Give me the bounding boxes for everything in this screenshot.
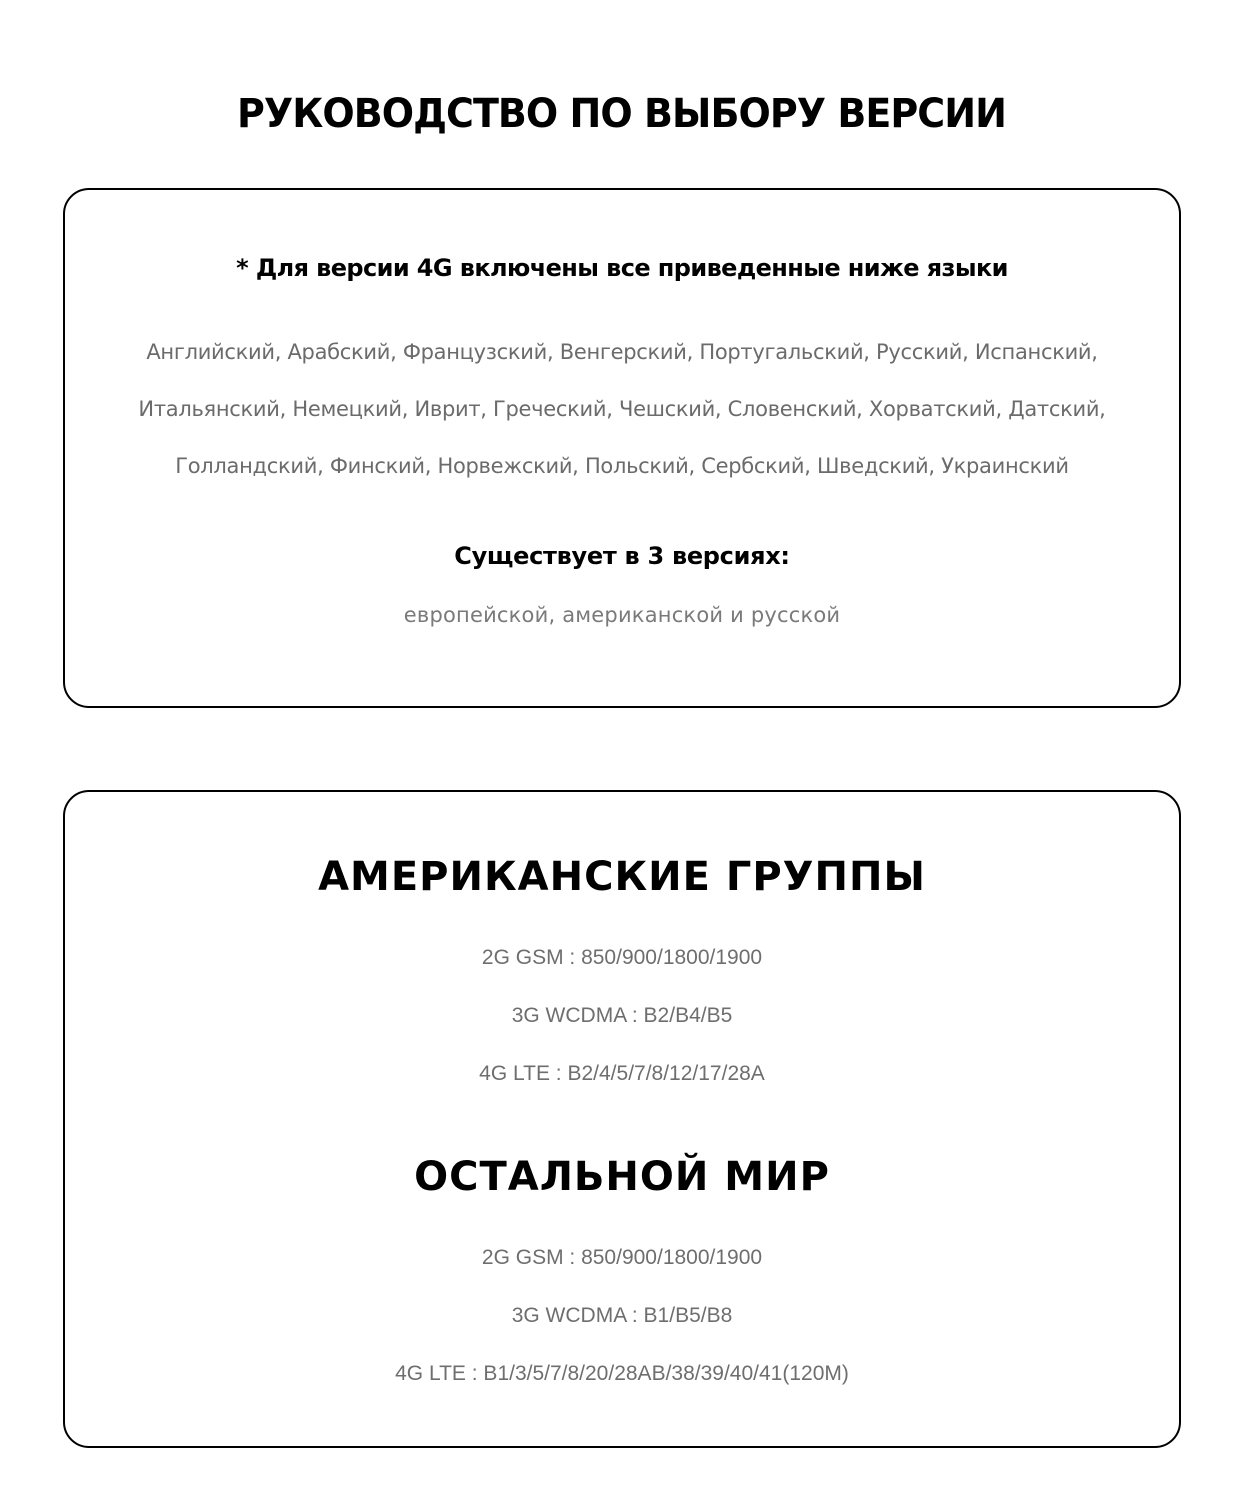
page-title: РУКОВОДСТВО ПО ВЫБОРУ ВЕРСИИ xyxy=(31,86,1212,142)
versions-heading: Существует в 3 версиях: xyxy=(65,542,1179,570)
language-list-line: Итальянский, Немецкий, Иврит, Греческий,… xyxy=(65,397,1179,421)
american-band-line-2g: 2G GSM : 850/900/1800/1900 xyxy=(65,946,1179,970)
american-band-line-3g: 3G WCDMA : B2/B4/B5 xyxy=(65,1004,1179,1028)
world-band-line-2g: 2G GSM : 850/900/1800/1900 xyxy=(65,1246,1179,1270)
world-band-line-4g: 4G LTE : B1/3/5/7/8/20/28AB/38/39/40/41(… xyxy=(65,1362,1179,1386)
language-list-line: Английский, Арабский, Французский, Венге… xyxy=(65,340,1179,364)
american-band-line-4g: 4G LTE : B2/4/5/7/8/12/17/28A xyxy=(65,1062,1179,1086)
language-list-line: Голландский, Финский, Норвежский, Польск… xyxy=(65,454,1179,478)
versions-text: европейской, американской и русской xyxy=(65,603,1179,627)
world-band-line-3g: 3G WCDMA : B1/B5/B8 xyxy=(65,1304,1179,1328)
languages-note-heading: * Для версии 4G включены все приведенные… xyxy=(65,254,1179,282)
american-bands-title: АМЕРИКАНСКИЕ ГРУППЫ xyxy=(65,854,1179,900)
bands-card: АМЕРИКАНСКИЕ ГРУППЫ 2G GSM : 850/900/180… xyxy=(63,790,1181,1448)
world-bands-title: ОСТАЛЬНОЙ МИР xyxy=(65,1154,1179,1200)
languages-card: * Для версии 4G включены все приведенные… xyxy=(63,188,1181,708)
